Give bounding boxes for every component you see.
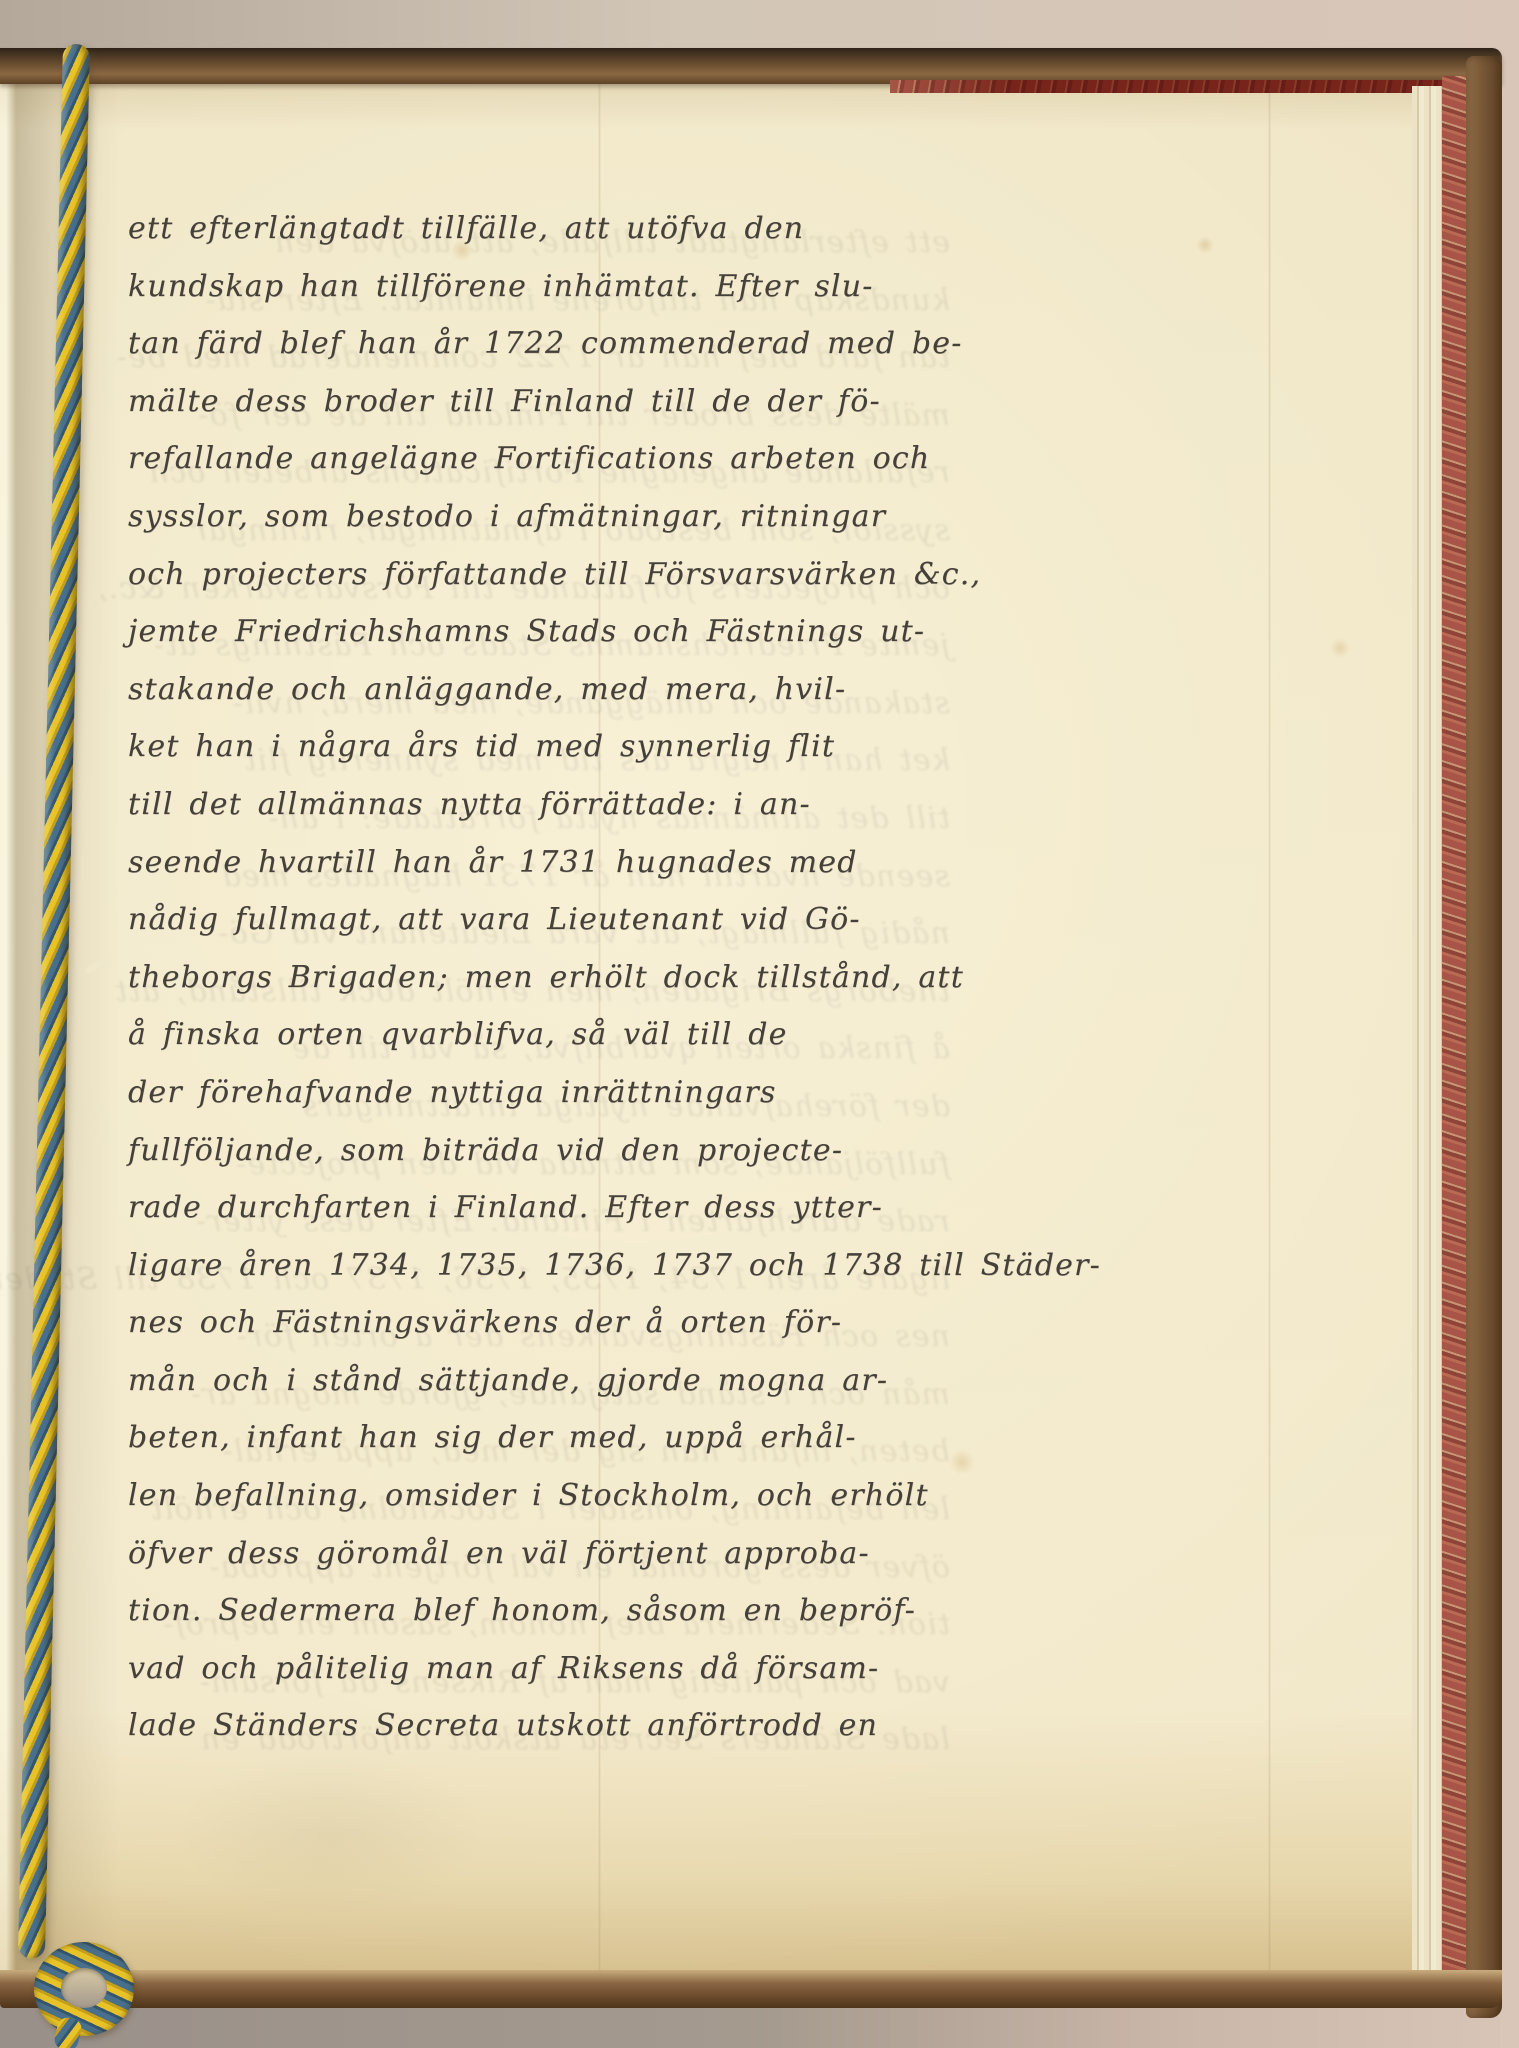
page-crease xyxy=(1268,82,1271,1974)
manuscript-line: fullföljande, som biträda vid den projec… xyxy=(128,1122,928,1180)
manuscript-line: till det allmännas nytta förrättade: i a… xyxy=(128,776,928,834)
manuscript-line: lade Ständers Secreta utskott anförtrodd… xyxy=(128,1697,928,1755)
manuscript-line: vad och pålitelig man af Riksens då förs… xyxy=(128,1640,928,1698)
scanner-background-right xyxy=(1500,0,1519,2048)
scanned-book-photo: ett efterlängtadt tillfälle, att utöfva … xyxy=(0,0,1519,2048)
book-top-edge-leather xyxy=(0,48,1502,84)
manuscript-line: tion. Sedermera blef honom, såsom en bep… xyxy=(128,1582,928,1640)
manuscript-line: och projecters författande till Försvars… xyxy=(128,546,928,604)
manuscript-line: tan färd blef han år 1722 commenderad me… xyxy=(128,315,928,373)
manuscript-line: ligare åren 1734, 1735, 1736, 1737 och 1… xyxy=(128,1237,928,1295)
scanner-background-bottom xyxy=(0,2006,1519,2048)
manuscript-line: kundskap han tillförene inhämtat. Efter … xyxy=(128,258,928,316)
manuscript-line: len befallning, omsider i Stockholm, och… xyxy=(128,1467,928,1525)
manuscript-line: seende hvartill han år 1731 hugnades med xyxy=(128,834,928,892)
manuscript-line: nes och Fästningsvärkens der å orten för… xyxy=(128,1294,928,1352)
manuscript-line: ket han i några års tid med synnerlig fl… xyxy=(128,718,928,776)
manuscript-line: å finska orten qvarblifva, så väl till d… xyxy=(128,1006,928,1064)
page-edge-marbling-top xyxy=(890,80,1442,93)
manuscript-line: jemte Friedrichshamns Stads och Fästning… xyxy=(128,603,928,661)
manuscript-line: stakande och anläggande, med mera, hvil- xyxy=(128,661,928,719)
manuscript-line: mälte dess broder till Finland till de d… xyxy=(128,373,928,431)
manuscript-line: nådig fullmagt, att vara Lieutenant vid … xyxy=(128,891,928,949)
book-bottom-edge-leather xyxy=(0,1970,1502,2008)
manuscript-line: ett efterlängtadt tillfälle, att utöfva … xyxy=(128,200,928,258)
bookmark-cord-knot-hole xyxy=(61,1968,107,2008)
manuscript-line: der förehafvande nyttiga inrättningars xyxy=(128,1064,928,1122)
manuscript-line: refallande angelägne Fortifications arbe… xyxy=(128,430,928,488)
scanner-background-top xyxy=(0,0,1519,52)
manuscript-text-block: ett efterlängtadt tillfälle, att utöfva … xyxy=(128,200,928,1755)
manuscript-line: theborgs Brigaden; men erhölt dock tills… xyxy=(128,949,928,1007)
manuscript-line: sysslor, som bestodo i afmätningar, ritn… xyxy=(128,488,928,546)
book-cover-edge-right xyxy=(1466,56,1502,2018)
manuscript-line: mån och i stånd sättjande, gjorde mogna … xyxy=(128,1352,928,1410)
page-stack-edge xyxy=(1412,86,1442,1972)
page-edge-marbling-right xyxy=(1442,76,1466,1988)
manuscript-line: rade durchfarten i Finland. Efter dess y… xyxy=(128,1179,928,1237)
manuscript-line: beten, infant han sig der med, uppå erhå… xyxy=(128,1409,928,1467)
manuscript-line: öfver dess göromål en väl förtjent appro… xyxy=(128,1525,928,1583)
